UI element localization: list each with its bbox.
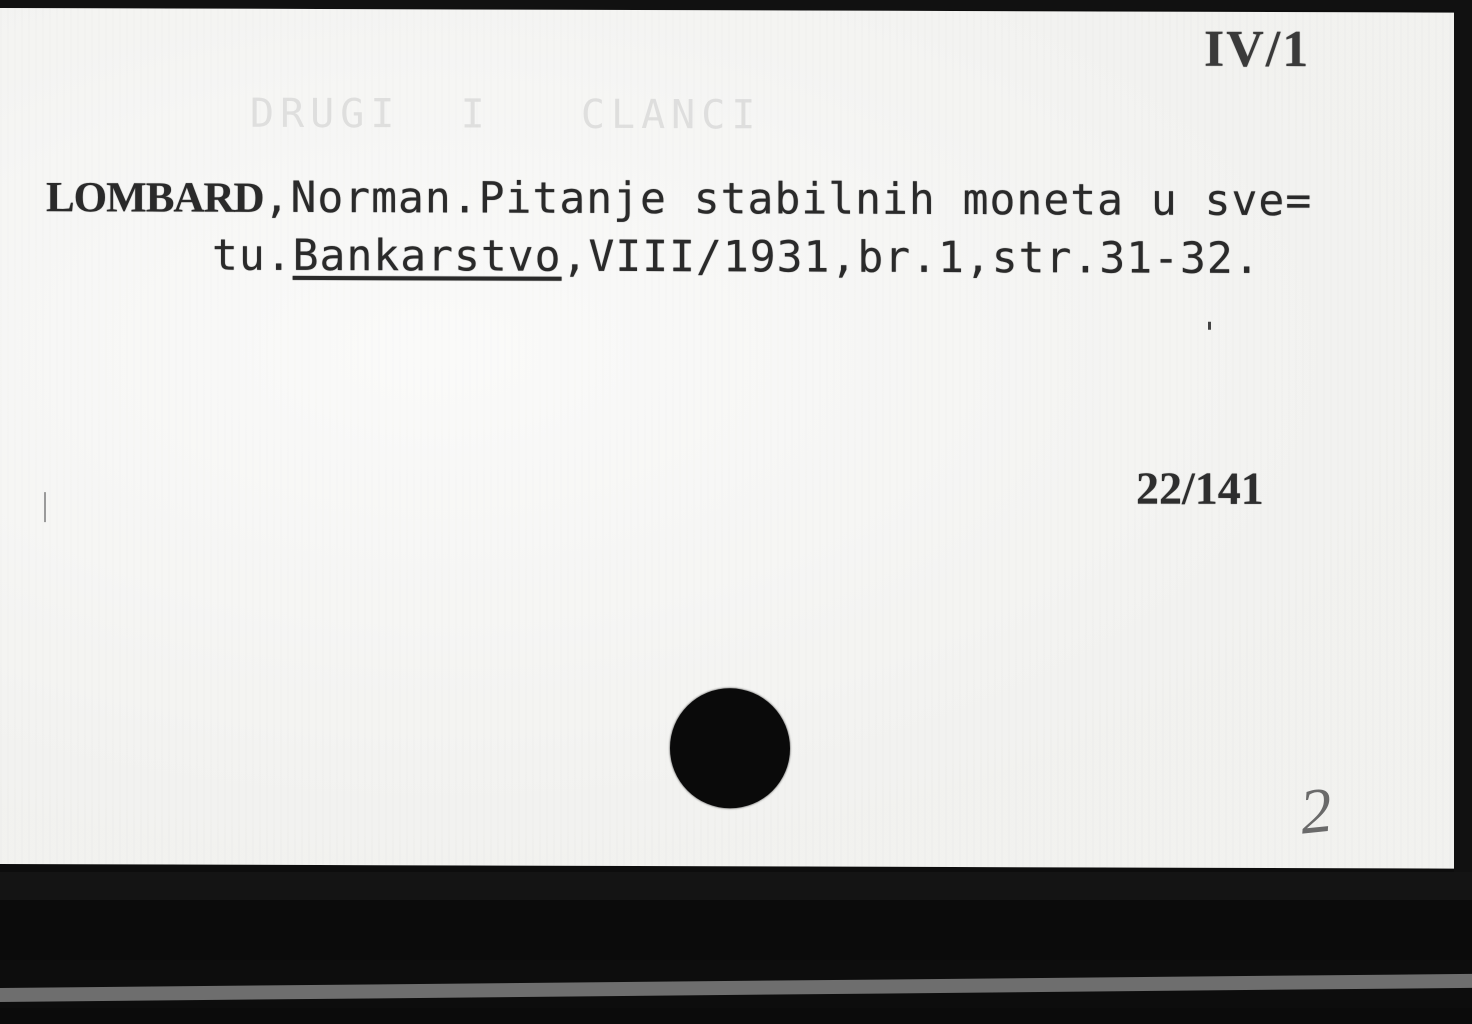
handwritten-note: 2 [1296, 773, 1336, 850]
entry-line-1: LOMBARD,Norman.Pitanje stabilnih moneta … [46, 172, 1312, 226]
author-surname: LOMBARD [46, 174, 264, 222]
faint-ghost-text: DRUGI I CLANCI [250, 91, 761, 139]
author-and-title: ,Norman.Pitanje stabilnih moneta u sve= [264, 173, 1313, 226]
film-border [0, 872, 1472, 900]
film-right-edge [1454, 0, 1472, 880]
call-number: 22/141 [1136, 462, 1264, 515]
film-stripe [0, 974, 1472, 1002]
film-border [0, 900, 1472, 960]
stray-mark [44, 492, 46, 522]
punch-hole [670, 688, 790, 808]
film-border [0, 1008, 1472, 1024]
citation-details: ,VIII/1931,br.1,str.31-32. [562, 232, 1261, 284]
stray-mark [1208, 322, 1211, 330]
entry-line-2: tu.Bankarstvo,VIII/1931,br.1,str.31-32. [212, 231, 1261, 284]
shelf-mark: IV/1 [1204, 20, 1310, 79]
catalog-card: DRUGI I CLANCI IV/1 LOMBARD,Norman.Pitan… [0, 8, 1455, 869]
title-continuation: tu. [212, 231, 293, 281]
journal-title: Bankarstvo [293, 231, 562, 282]
microfilm-scan: DRUGI I CLANCI IV/1 LOMBARD,Norman.Pitan… [0, 0, 1472, 1024]
